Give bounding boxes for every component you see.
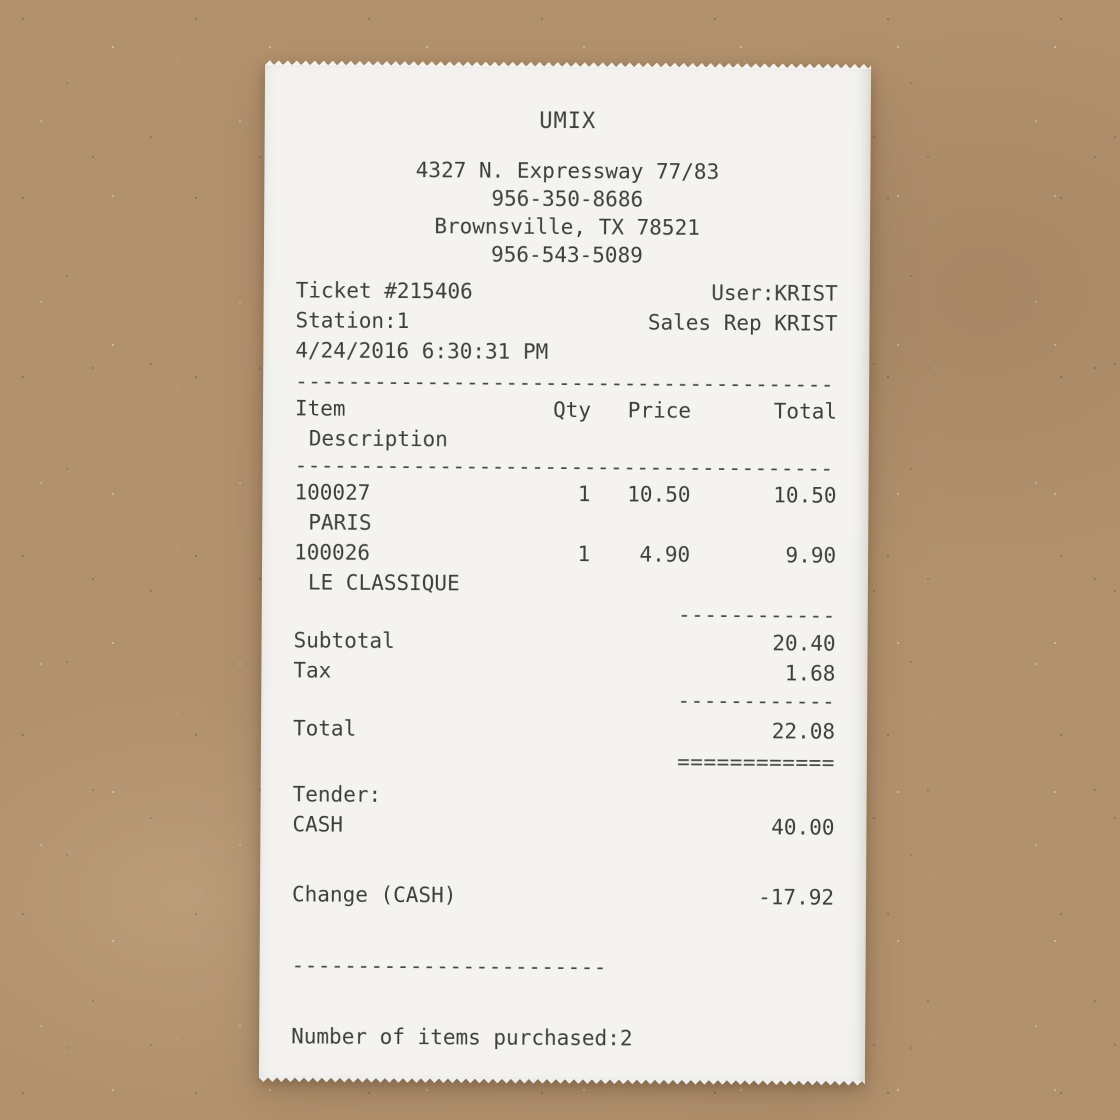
subtotal-amount: 20.40 [772, 628, 835, 658]
separator-line: ------------ [293, 685, 835, 714]
items-list: 100027 1 10.50 10.50 PARIS 100026 1 4.90… [294, 477, 837, 600]
item-description: PARIS [294, 507, 836, 540]
tender-method: CASH [292, 809, 771, 842]
item-price: 4.90 [590, 539, 690, 570]
column-header-total: Total [691, 396, 837, 427]
item-row: 100027 1 10.50 10.50 PARIS [294, 477, 836, 540]
item-code: 100027 [294, 477, 530, 508]
separator-line: ----------------------------------------… [295, 453, 837, 480]
column-header-price: Price [591, 395, 691, 426]
store-name: UMIX [297, 105, 839, 138]
address-line: Brownsville, TX 78521 [296, 211, 838, 242]
table-header: Item Qty Price Total Description [295, 393, 837, 456]
store-phone: 956-543-5089 [296, 239, 838, 270]
kraft-board-background: UMIX 4327 N. Expressway 77/83 956-350-86… [0, 0, 1120, 1120]
summary-block: Subtotal 20.40 Tax 1.68 [293, 625, 835, 688]
tender-amount: 40.00 [771, 812, 834, 842]
column-header-item: Item [295, 393, 531, 424]
change-label: Change (CASH) [292, 879, 758, 912]
sales-rep: Sales Rep KRIST [648, 308, 838, 339]
transaction-datetime: 4/24/2016 6:30:31 PM [295, 335, 837, 368]
address-line: 4327 N. Expressway 77/83 [296, 155, 838, 186]
total-label: Total [293, 711, 772, 748]
ticket-info-block: Ticket #215406 User:KRIST Station:1 Sale… [295, 275, 838, 368]
total-amount: 22.08 [772, 714, 835, 748]
item-description: LE CLASSIQUE [294, 567, 836, 600]
change-row: Change (CASH) -17.92 [292, 879, 834, 912]
item-qty: 1 [530, 539, 590, 569]
item-total: 9.90 [690, 540, 836, 571]
subtotal-label: Subtotal [293, 625, 772, 658]
items-count: Number of items purchased:2 [291, 1021, 833, 1054]
item-code: 100026 [294, 537, 530, 568]
receipt-paper: UMIX 4327 N. Expressway 77/83 956-350-86… [259, 65, 871, 1081]
item-price: 10.50 [590, 479, 690, 510]
receipt: UMIX 4327 N. Expressway 77/83 956-350-86… [259, 60, 871, 1086]
store-address-block: 4327 N. Expressway 77/83 956-350-8686 Br… [296, 155, 839, 270]
column-header-qty: Qty [531, 395, 591, 425]
item-row: 100026 1 4.90 9.90 LE CLASSIQUE [294, 537, 836, 600]
separator-line: ------------------------ [292, 953, 834, 980]
tender-block: Tender: CASH 40.00 [292, 779, 834, 842]
item-total: 10.50 [690, 480, 836, 511]
tax-label: Tax [293, 655, 785, 688]
tender-heading: Tender: [293, 779, 835, 812]
separator-double-line: ============ [293, 745, 835, 776]
total-row: Total 22.08 [293, 711, 835, 748]
station: Station:1 [295, 305, 648, 337]
user: User:KRIST [711, 278, 838, 309]
item-qty: 1 [530, 479, 590, 509]
separator-line: ------------ [294, 599, 836, 628]
ticket-number: Ticket #215406 [296, 275, 712, 308]
tax-amount: 1.68 [785, 658, 836, 688]
store-phone: 956-350-8686 [296, 183, 838, 214]
column-header-description: Description [295, 423, 837, 456]
separator-line: ----------------------------------------… [295, 369, 837, 396]
change-amount: -17.92 [758, 882, 834, 912]
